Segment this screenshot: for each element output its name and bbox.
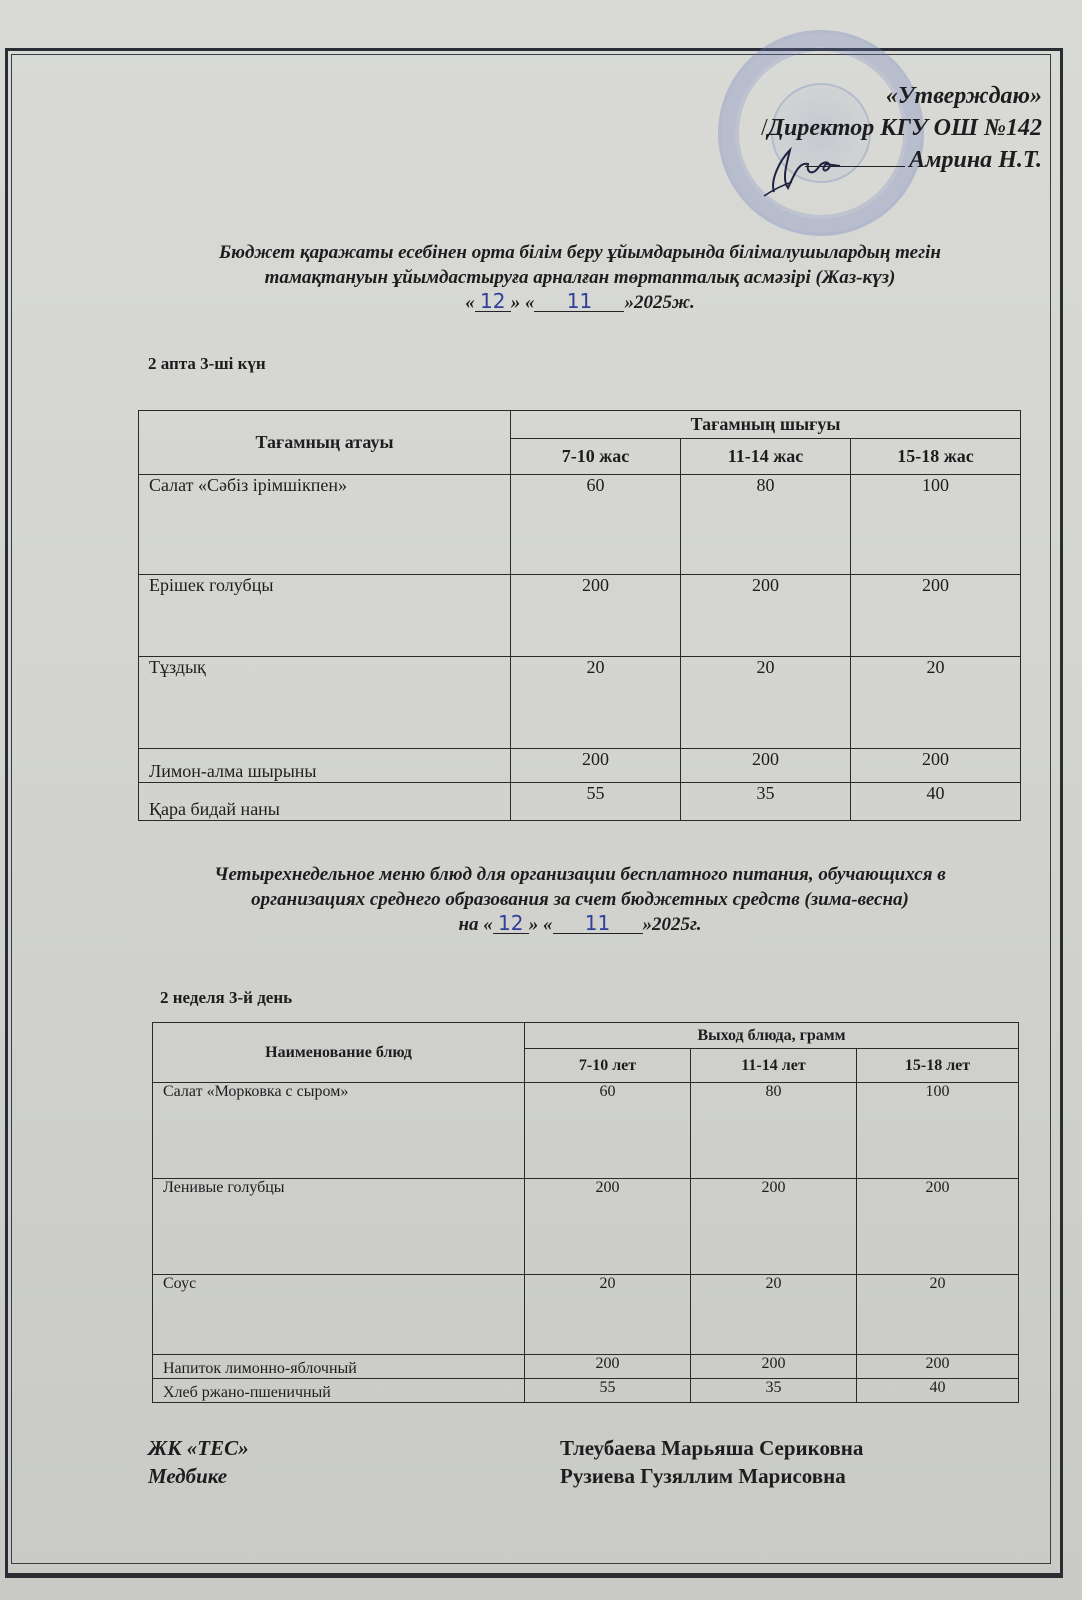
date-day-handwritten: 12 [475, 291, 511, 312]
table-row: Лимон-алма шырыны200200200 [139, 749, 1021, 783]
portion-cell: 20 [525, 1275, 691, 1355]
table-row: Хлеб ржано-пшеничный553540 [153, 1379, 1019, 1403]
portion-cell: 200 [681, 749, 851, 783]
date-month-handwritten: 11 [553, 913, 643, 934]
portion-cell: 60 [511, 475, 681, 575]
age-header: 15-18 жас [851, 439, 1021, 475]
dish-name-header: Тағамның атауы [139, 411, 511, 475]
approve-word: «Утверждаю» [761, 80, 1042, 112]
signatory-role: ЖК «ТЕС» [148, 1434, 560, 1462]
kazakh-menu-table: Тағамның атауы Тағамның шығуы 7-10 жас 1… [138, 410, 1021, 821]
russian-day-label: 2 неделя 3-й день [160, 988, 292, 1008]
russian-menu-title: Четырехнедельное меню блюд для организац… [120, 862, 1040, 937]
signatory-role: Медбике [148, 1462, 560, 1490]
signatory-name: Рузиева Гузяллим Марисовна [560, 1462, 846, 1490]
dish-name-cell: Хлеб ржано-пшеничный [153, 1379, 525, 1403]
portion-cell: 20 [681, 657, 851, 749]
portion-cell: 80 [691, 1083, 857, 1179]
portion-cell: 55 [525, 1379, 691, 1403]
table-row: Ленивые голубцы200200200 [153, 1179, 1019, 1275]
signatory-name: Тлеубаева Марьяша Сериковна [560, 1434, 863, 1462]
dish-output-header: Выход блюда, грамм [525, 1023, 1019, 1049]
signature-icon [756, 140, 856, 200]
table-row: Қара бидай наны553540 [139, 783, 1021, 821]
portion-cell: 100 [851, 475, 1021, 575]
dish-name-cell: Тұздық [139, 657, 511, 749]
portion-cell: 40 [851, 783, 1021, 821]
table-row: Салат «Сәбіз ірімшікпен»6080100 [139, 475, 1021, 575]
table-row: Ерішек голубцы200200200 [139, 575, 1021, 657]
portion-cell: 55 [511, 783, 681, 821]
dish-name-cell: Ленивые голубцы [153, 1179, 525, 1275]
date-month-handwritten: 11 [534, 291, 624, 312]
portion-cell: 200 [525, 1179, 691, 1275]
kazakh-menu-title: Бюджет қаражаты есебінен орта білім беру… [120, 240, 1040, 315]
portion-cell: 200 [691, 1355, 857, 1379]
portion-cell: 35 [691, 1379, 857, 1403]
portion-cell: 20 [511, 657, 681, 749]
portion-cell: 200 [857, 1355, 1019, 1379]
dish-name-header: Наименование блюд [153, 1023, 525, 1083]
age-header: 7-10 лет [525, 1049, 691, 1083]
portion-cell: 200 [851, 749, 1021, 783]
table-row: Тұздық202020 [139, 657, 1021, 749]
age-header: 11-14 лет [691, 1049, 857, 1083]
kazakh-day-label: 2 апта 3-ші күн [148, 354, 266, 374]
portion-cell: 200 [857, 1179, 1019, 1275]
signatory-row: Медбике Рузиева Гузяллим Марисовна [148, 1462, 948, 1490]
table-row: Напиток лимонно-яблочный200200200 [153, 1355, 1019, 1379]
portion-cell: 40 [857, 1379, 1019, 1403]
portion-cell: 60 [525, 1083, 691, 1179]
signatories-block: ЖК «ТЕС» Тлеубаева Марьяша Сериковна Мед… [148, 1434, 948, 1490]
age-header: 11-14 жас [681, 439, 851, 475]
portion-cell: 35 [681, 783, 851, 821]
portion-cell: 80 [681, 475, 851, 575]
dish-name-cell: Лимон-алма шырыны [139, 749, 511, 783]
age-header: 15-18 лет [857, 1049, 1019, 1083]
russian-table-body: Салат «Морковка с сыром»6080100Ленивые г… [153, 1083, 1019, 1403]
portion-cell: 200 [511, 749, 681, 783]
russian-menu-date: на «12» «11»2025г. [120, 912, 1040, 937]
russian-menu-table: Наименование блюд Выход блюда, грамм 7-1… [152, 1022, 1019, 1403]
portion-cell: 200 [851, 575, 1021, 657]
table-row: Соус202020 [153, 1275, 1019, 1355]
kazakh-table-body: Салат «Сәбіз ірімшікпен»6080100Ерішек го… [139, 475, 1021, 821]
portion-cell: 20 [857, 1275, 1019, 1355]
portion-cell: 200 [525, 1355, 691, 1379]
dish-name-cell: Салат «Сәбіз ірімшікпен» [139, 475, 511, 575]
dish-name-cell: Қара бидай наны [139, 783, 511, 821]
portion-cell: 200 [511, 575, 681, 657]
signatory-row: ЖК «ТЕС» Тлеубаева Марьяша Сериковна [148, 1434, 948, 1462]
kazakh-menu-date: «12» «11»2025ж. [120, 290, 1040, 315]
dish-name-cell: Салат «Морковка с сыром» [153, 1083, 525, 1179]
dish-name-cell: Соус [153, 1275, 525, 1355]
dish-name-cell: Напиток лимонно-яблочный [153, 1355, 525, 1379]
portion-cell: 20 [691, 1275, 857, 1355]
portion-cell: 20 [851, 657, 1021, 749]
portion-cell: 100 [857, 1083, 1019, 1179]
portion-cell: 200 [691, 1179, 857, 1275]
table-row: Салат «Морковка с сыром»6080100 [153, 1083, 1019, 1179]
director-name: Амрина Н.Т. [909, 147, 1042, 173]
date-day-handwritten: 12 [493, 913, 529, 934]
dish-name-cell: Ерішек голубцы [139, 575, 511, 657]
dish-output-header: Тағамның шығуы [511, 411, 1021, 439]
age-header: 7-10 жас [511, 439, 681, 475]
portion-cell: 200 [681, 575, 851, 657]
